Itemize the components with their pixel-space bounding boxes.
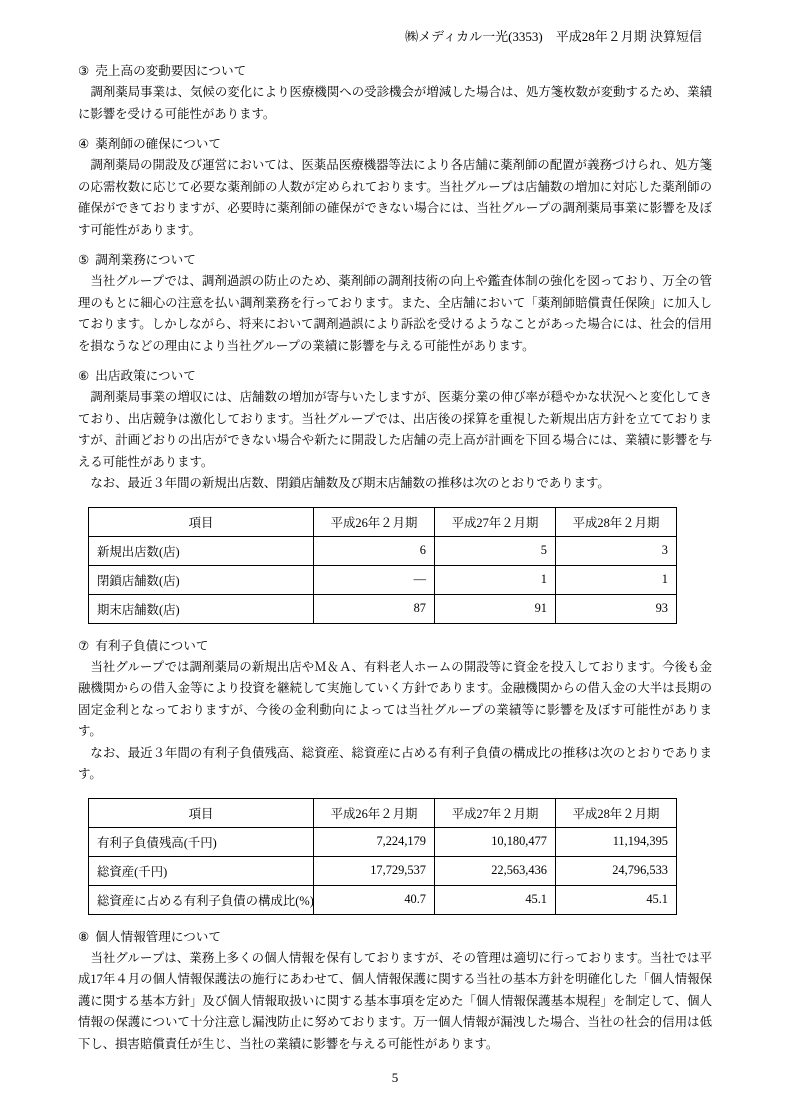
section-personal-information: ⑧個人情報管理について 当社グループは、業務上多くの個人情報を保有しておりますが… xyxy=(78,927,712,1056)
page-number: 5 xyxy=(0,1070,790,1086)
section-paragraph: なお、最近３年間の新規出店数、閉鎖店舗数及び期末店舗数の推移は次のとおりでありま… xyxy=(78,473,712,495)
table-header-cell: 平成27年２月期 xyxy=(435,507,556,536)
row-value: 1 xyxy=(435,565,556,594)
table-header-cell: 平成28年２月期 xyxy=(556,507,677,536)
row-value: ― xyxy=(314,565,435,594)
section-heading: ④薬剤師の確保について xyxy=(78,134,712,155)
row-value: 11,194,395 xyxy=(556,827,677,856)
section-body: 調剤薬局事業は、気候の変化により医療機関への受診機会が増減した場合は、処方箋枚数… xyxy=(78,82,712,125)
section-paragraph: 調剤薬局の開設及び運営においては、医薬品医療機器等法により各店舗に薬剤師の配置が… xyxy=(78,155,712,241)
section-heading: ③売上高の変動要因について xyxy=(78,61,712,82)
section-paragraph: 調剤薬局事業は、気候の変化により医療機関への受診機会が増減した場合は、処方箋枚数… xyxy=(78,82,712,125)
row-label: 総資産(千円) xyxy=(89,856,314,885)
table-row: 総資産に占める有利子負債の構成比(%) 40.7 45.1 45.1 xyxy=(89,885,677,914)
row-value: 6 xyxy=(314,536,435,565)
section-heading: ⑦有利子負債について xyxy=(78,636,712,657)
table-header-cell: 項目 xyxy=(89,507,314,536)
section-number: ④ xyxy=(78,137,89,151)
row-value: 24,796,533 xyxy=(556,856,677,885)
section-paragraph: なお、最近３年間の有利子負債残高、総資産、総資産に占める有利子負債の構成比の推移… xyxy=(78,743,712,786)
row-value: 17,729,537 xyxy=(314,856,435,885)
section-number: ⑧ xyxy=(78,930,89,944)
section-title: 出店政策について xyxy=(95,369,196,383)
row-value: 22,563,436 xyxy=(435,856,556,885)
section-store-opening-policy: ⑥出店政策について 調剤薬局事業の増収には、店舗数の増加が寄与いたしますが、医薬… xyxy=(78,366,712,495)
section-title: 有利子負債について xyxy=(95,639,208,653)
table-row: 有利子負債残高(千円) 7,224,179 10,180,477 11,194,… xyxy=(89,827,677,856)
section-number: ⑦ xyxy=(78,639,89,653)
section-pharmacist-securing: ④薬剤師の確保について 調剤薬局の開設及び運営においては、医薬品医療機器等法によ… xyxy=(78,134,712,241)
section-heading: ⑧個人情報管理について xyxy=(78,927,712,948)
document-header-title: ㈱メディカル一光(3353) 平成28年２月期 決算短信 xyxy=(78,28,712,45)
table-row: 新規出店数(店) 6 5 3 xyxy=(89,536,677,565)
section-dispensing-operations: ⑤調剤業務について 当社グループでは、調剤過誤の防止のため、薬剤師の調剤技術の向… xyxy=(78,250,712,357)
section-body: 当社グループでは、調剤過誤の防止のため、薬剤師の調剤技術の向上や鑑査体制の強化を… xyxy=(78,271,712,357)
table-header-row: 項目 平成26年２月期 平成27年２月期 平成28年２月期 xyxy=(89,507,677,536)
section-body: 調剤薬局事業の増収には、店舗数の増加が寄与いたしますが、医薬分業の伸び率が穏やか… xyxy=(78,387,712,495)
document-page: ㈱メディカル一光(3353) 平成28年２月期 決算短信 ③売上高の変動要因につ… xyxy=(0,0,790,1118)
table-header-cell: 項目 xyxy=(89,798,314,827)
section-number: ③ xyxy=(78,64,89,78)
section-body: 調剤薬局の開設及び運営においては、医薬品医療機器等法により各店舗に薬剤師の配置が… xyxy=(78,155,712,241)
table-row: 期末店舗数(店) 87 91 93 xyxy=(89,594,677,623)
section-title: 薬剤師の確保について xyxy=(95,137,221,151)
row-value: 5 xyxy=(435,536,556,565)
section-title: 調剤業務について xyxy=(95,253,196,267)
row-label: 新規出店数(店) xyxy=(89,536,314,565)
table-row: 総資産(千円) 17,729,537 22,563,436 24,796,533 xyxy=(89,856,677,885)
section-paragraph: 当社グループでは、調剤過誤の防止のため、薬剤師の調剤技術の向上や鑑査体制の強化を… xyxy=(78,271,712,357)
section-sales-fluctuation: ③売上高の変動要因について 調剤薬局事業は、気候の変化により医療機関への受診機会… xyxy=(78,61,712,125)
row-label: 期末店舗数(店) xyxy=(89,594,314,623)
row-value: 93 xyxy=(556,594,677,623)
section-heading: ⑥出店政策について xyxy=(78,366,712,387)
table-header-cell: 平成26年２月期 xyxy=(314,507,435,536)
row-value: 87 xyxy=(314,594,435,623)
section-paragraph: 調剤薬局事業の増収には、店舗数の増加が寄与いたしますが、医薬分業の伸び率が穏やか… xyxy=(78,387,712,473)
row-value: 45.1 xyxy=(556,885,677,914)
row-value: 1 xyxy=(556,565,677,594)
section-heading: ⑤調剤業務について xyxy=(78,250,712,271)
table-header-cell: 平成27年２月期 xyxy=(435,798,556,827)
row-label: 総資産に占める有利子負債の構成比(%) xyxy=(89,885,314,914)
row-value: 45.1 xyxy=(435,885,556,914)
table-header-cell: 平成28年２月期 xyxy=(556,798,677,827)
row-value: 40.7 xyxy=(314,885,435,914)
section-number: ⑥ xyxy=(78,369,89,383)
row-label: 閉鎖店舗数(店) xyxy=(89,565,314,594)
section-paragraph: 当社グループは、業務上多くの個人情報を保有しておりますが、その管理は適切に行って… xyxy=(78,948,712,1056)
table-header-row: 項目 平成26年２月期 平成27年２月期 平成28年２月期 xyxy=(89,798,677,827)
section-title: 売上高の変動要因について xyxy=(95,64,246,78)
section-body: 当社グループは、業務上多くの個人情報を保有しておりますが、その管理は適切に行って… xyxy=(78,948,712,1056)
section-number: ⑤ xyxy=(78,253,89,267)
table-row: 閉鎖店舗数(店) ― 1 1 xyxy=(89,565,677,594)
section-body: 当社グループでは調剤薬局の新規出店やＭ＆Ａ、有料老人ホームの開設等に資金を投入し… xyxy=(78,657,712,786)
row-value: 3 xyxy=(556,536,677,565)
row-value: 10,180,477 xyxy=(435,827,556,856)
store-count-table: 項目 平成26年２月期 平成27年２月期 平成28年２月期 新規出店数(店) 6… xyxy=(88,507,677,624)
section-title: 個人情報管理について xyxy=(95,930,221,944)
section-paragraph: 当社グループでは調剤薬局の新規出店やＭ＆Ａ、有料老人ホームの開設等に資金を投入し… xyxy=(78,657,712,743)
row-label: 有利子負債残高(千円) xyxy=(89,827,314,856)
table-header-cell: 平成26年２月期 xyxy=(314,798,435,827)
row-value: 91 xyxy=(435,594,556,623)
row-value: 7,224,179 xyxy=(314,827,435,856)
section-interest-bearing-debt: ⑦有利子負債について 当社グループでは調剤薬局の新規出店やＭ＆Ａ、有料老人ホーム… xyxy=(78,636,712,786)
debt-table: 項目 平成26年２月期 平成27年２月期 平成28年２月期 有利子負債残高(千円… xyxy=(88,798,677,915)
